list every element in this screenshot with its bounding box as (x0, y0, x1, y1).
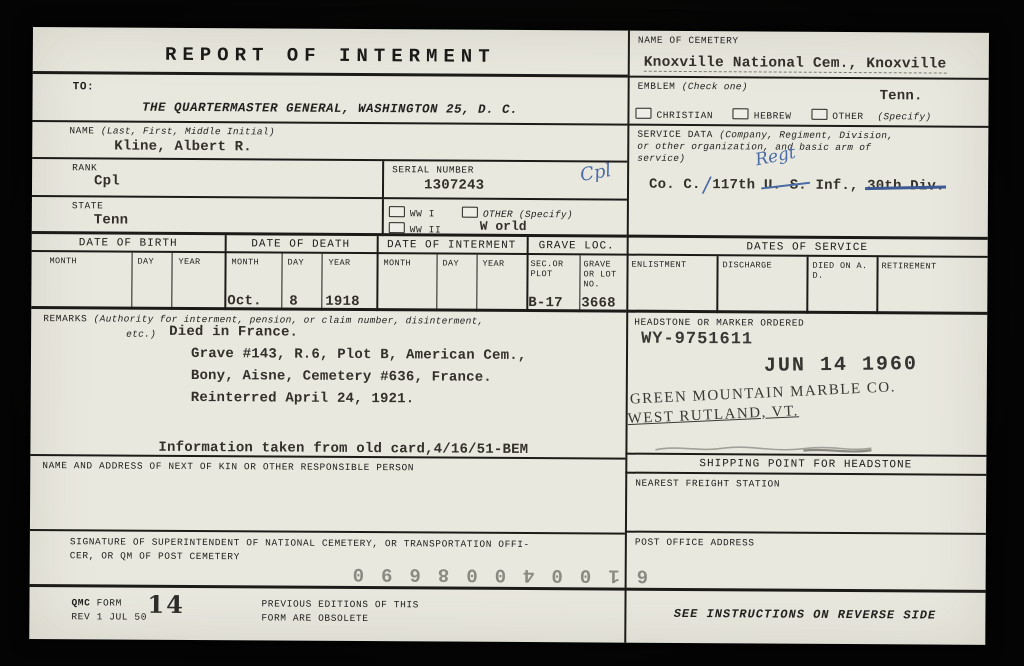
emblem-other-paren: (Specify) (877, 111, 931, 122)
reverse-side-instructions: SEE INSTRUCTIONS ON REVERSE SIDE (624, 607, 985, 623)
cemetery-row: NAME OF CEMETERY Knoxville National Cem.… (628, 31, 989, 80)
ww2-option: WW II (389, 219, 442, 237)
dates-of-service-header: DATES OF SERVICE (627, 241, 988, 255)
death-day-label: DAY (288, 258, 305, 268)
signature-label-1: SIGNATURE OF SUPERINTENDENT OF NATIONAL … (70, 536, 530, 550)
state-value: Tenn (94, 212, 129, 228)
emblem-label: EMBLEM (Check one) (638, 81, 748, 93)
birth-day-label: DAY (138, 257, 155, 267)
headstone-order-number: WY-9751611 (641, 330, 753, 350)
discharge-label: DISCHARGE (723, 260, 803, 270)
obsolete-line-1: PREVIOUS EDITIONS OF THIS (261, 598, 419, 610)
emblem-other-label: OTHER (832, 111, 864, 122)
signature-label-2: CER, OR QM OF POST CEMETERY (70, 550, 240, 562)
hebrew-checkbox (733, 109, 749, 120)
obsolete-line-2: FORM ARE OBSOLETE (261, 612, 368, 624)
next-of-kin-label: NAME AND ADDRESS OF NEXT OF KIN OR OTHER… (42, 460, 414, 473)
shipping-header: SHIPPING POINT FOR HEADSTONE (625, 458, 986, 472)
service-data-value: Co. C./117th U. S. Inf., 30th Div. (649, 173, 945, 200)
ww2-checkbox (389, 222, 405, 233)
death-header: DATE OF DEATH (225, 238, 377, 251)
form-title: REPORT OF INTERMENT (33, 43, 628, 69)
war-other-value: W orld (480, 219, 527, 234)
emblem-options: CHRISTIAN HEBREW OTHER (Specify) (635, 105, 931, 125)
remarks-line-2: Grave #143, R.6, Plot B, American Cem., (191, 346, 527, 364)
grave-no-label: GRAVE OR LOT NO. (583, 259, 625, 289)
date-received-stamp: JUN 14 1960 (764, 353, 918, 378)
interment-card: REPORT OF INTERMENT TO: THE QUARTERMASTE… (29, 27, 989, 645)
service-data-label: SERVICE DATA (Company, Regiment, Divisio… (637, 129, 893, 142)
headstone-label: HEADSTONE OR MARKER ORDERED (634, 317, 804, 329)
state-row: STATE Tenn WW I OTHER (Specify) WW II W … (32, 197, 627, 238)
birth-header: DATE OF BIRTH (32, 237, 225, 250)
remarks-line-3: Bony, Aisne, Cemetery #636, France. (191, 368, 492, 386)
serial-label: SERIAL NUMBER (392, 164, 474, 176)
service-data-row: SERVICE DATA (Company, Regiment, Divisio… (627, 126, 989, 240)
cemetery-label: NAME OF CEMETERY (638, 35, 739, 47)
birth-month-label: MONTH (50, 256, 78, 266)
interment-header: DATE OF INTERMENT (377, 239, 527, 252)
grave-sec-value: B-17 (528, 295, 563, 311)
cemetery-value: Knoxville National Cem., Knoxville (644, 55, 947, 74)
form-number: QMC FORM (71, 597, 122, 608)
cemetery-state-value: Tenn. (880, 88, 923, 104)
struck-division: 30th Div. (867, 178, 945, 194)
photo-background: REPORT OF INTERMENT TO: THE QUARTERMASTE… (0, 0, 1024, 666)
state-label: STATE (72, 200, 104, 211)
grave-loc-header: GRAVE LOC. (527, 240, 627, 253)
headstone-row: HEADSTONE OR MARKER ORDERED WY-9751611 J… (625, 313, 987, 457)
handwritten-rank-annotation: Cpl (579, 160, 613, 186)
right-half: NAME OF CEMETERY Knoxville National Cem.… (624, 31, 989, 645)
christian-checkbox (635, 108, 651, 119)
title-row: REPORT OF INTERMENT (33, 27, 628, 78)
death-year-label: YEAR (329, 258, 351, 268)
remarks-label-cont: etc.) (126, 329, 156, 340)
birth-year-label: YEAR (179, 257, 201, 267)
pencil-scribble (653, 441, 873, 456)
remarks-row: REMARKS (Authority for interment, pensio… (30, 309, 626, 460)
interment-year-label: YEAR (483, 259, 505, 269)
death-month-label: MONTH (232, 257, 260, 267)
death-year-value: 1918 (325, 294, 360, 310)
hebrew-label: HEBREW (754, 110, 792, 121)
retirement-label: RETIREMENT (882, 261, 982, 272)
rank-label: RANK (72, 162, 97, 173)
post-office-row: POST OFFICE ADDRESS (625, 533, 986, 593)
interment-day-label: DAY (443, 259, 460, 269)
to-row: TO: THE QUARTERMASTER GENERAL, WASHINGTO… (32, 74, 627, 126)
state-war-divider (382, 199, 384, 236)
handwritten-number: 14 (147, 590, 185, 619)
dates-table: DATE OF BIRTH DATE OF DEATH DATE OF INTE… (31, 234, 626, 313)
remarks-line-4: Reinterred April 24, 1921. (191, 390, 415, 407)
name-label: NAME (Last, First, Middle Initial) (69, 125, 275, 137)
addressee: THE QUARTERMASTER GENERAL, WASHINGTON 25… (32, 100, 627, 118)
emblem-row: EMBLEM (Check one) Tenn. CHRISTIAN HEBRE… (627, 78, 988, 128)
death-day-value: 8 (289, 294, 298, 310)
ww1-checkbox (389, 206, 405, 217)
grave-sec-label: SEC.OR PLOT (530, 259, 576, 279)
freight-station-label: NEAREST FREIGHT STATION (635, 478, 780, 490)
processing-number-stamp: 61004008690 (336, 563, 649, 587)
remarks-note: Information taken from old card,4/16/51-… (158, 440, 528, 458)
next-of-kin-row: NAME AND ADDRESS OF NEXT OF KIN OR OTHER… (30, 456, 625, 535)
christian-label: CHRISTIAN (656, 110, 713, 121)
death-month-value: Oct. (227, 293, 262, 309)
name-value: Kline, Albert R. (114, 138, 252, 155)
name-row: NAME (Last, First, Middle Initial) Kline… (32, 122, 627, 163)
service-data-label-3: service) (637, 153, 685, 164)
shipping-header-row: SHIPPING POINT FOR HEADSTONE (625, 455, 986, 476)
dates-of-service-table: DATES OF SERVICE ENLISTMENT DISCHARGE RE… (626, 238, 987, 315)
enlistment-label: ENLISTMENT (632, 260, 714, 271)
struck-us: U. S. (764, 177, 807, 193)
rank-serial-row: RANK Cpl SERIAL NUMBER 1307243 Cpl (32, 159, 627, 201)
post-office-label: POST OFFICE ADDRESS (635, 537, 755, 549)
emblem-other-checkbox (811, 109, 827, 120)
grave-no-value: 3668 (581, 295, 616, 311)
rank-value: Cpl (94, 173, 120, 189)
rank-serial-divider (382, 161, 384, 199)
remarks-line-1: Died in France. (169, 324, 298, 341)
right-footer-row: SEE INSTRUCTIONS ON REVERSE SIDE (624, 591, 985, 645)
form-revision: REV 1 JUL 50 (71, 611, 147, 622)
left-footer-row: QMC FORM REV 1 JUL 50 14 PREVIOUS EDITIO… (29, 587, 624, 643)
to-label: TO: (73, 81, 95, 93)
war-other-checkbox (462, 207, 478, 218)
interment-month-label: MONTH (384, 258, 412, 268)
died-on-ad-label: DIED ON A. D. (812, 261, 870, 281)
freight-station-row: NEAREST FREIGHT STATION (625, 474, 986, 535)
serial-value: 1307243 (424, 177, 484, 193)
handwritten-slash: / (701, 173, 712, 199)
